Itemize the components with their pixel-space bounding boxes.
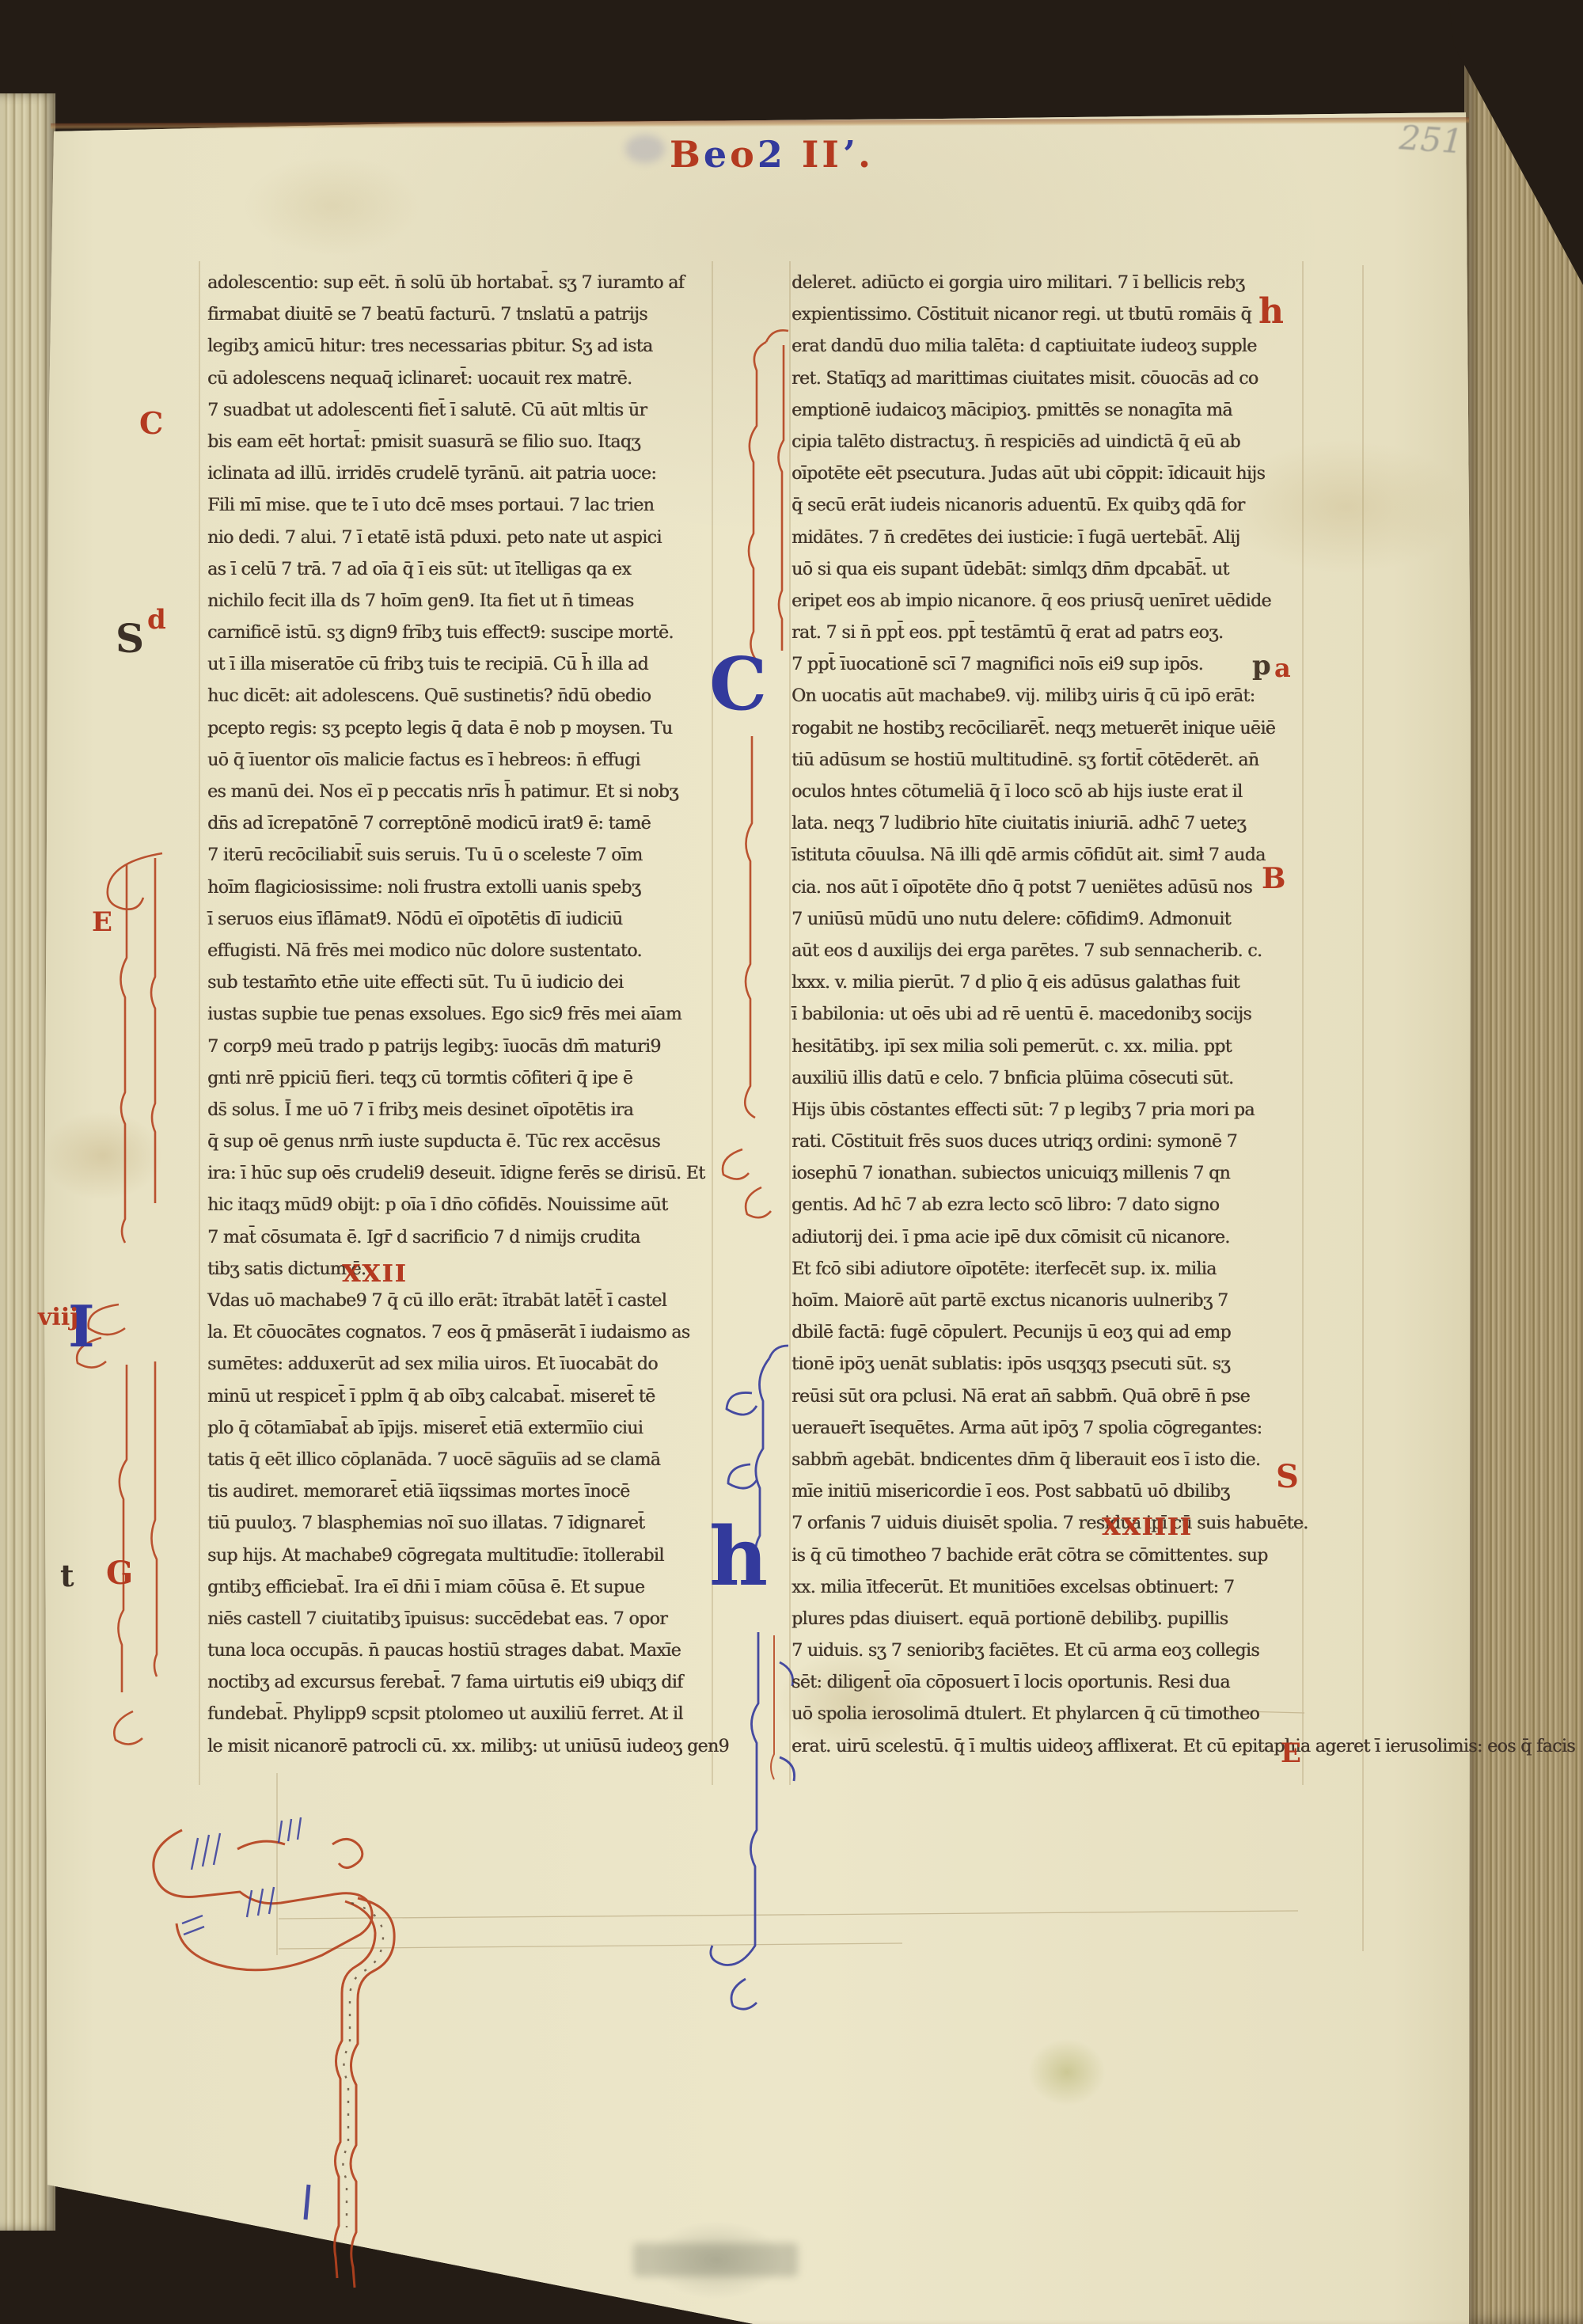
text-line: nichilo fecit illa ds 7 hoīm gen9. Ita … <box>207 586 718 617</box>
text-line: 7 suadbat ut adolescenti fiet̄ ī salute… <box>207 395 718 427</box>
marginal-letter-S: S <box>116 619 144 659</box>
text-line: uerauer̄t īsequētes. Arma aūt ipōʒ 7… <box>791 1413 1302 1445</box>
text-line: gntibʒ efficiebat̄. Ira eī dn̄i ī miam… <box>207 1572 718 1604</box>
text-line: sabbm̄ agebāt. bndicentes dn̄m q̄ liber… <box>791 1445 1302 1476</box>
text-line: plo q̄ cōtamīabat̄ ab īpijs. miseret̄… <box>207 1413 718 1445</box>
text-line: reūsi sūt ora pclusi. Nā erat an̄ sab… <box>791 1381 1302 1413</box>
text-line: uō si qua eis supant ūdebāt: simlqʒ d… <box>791 554 1302 586</box>
text-line: q̄ secū erāt iudeis nicanoris aduentū… <box>791 490 1302 522</box>
text-line: Et fcō sibi adiutore oīpotēte: iterfe… <box>791 1254 1302 1285</box>
text-line: le misit nicanorē patrocli cū. xx. mil… <box>207 1731 718 1763</box>
intercolumn-red-filigree <box>749 330 788 659</box>
text-line: minū ut respicet̄ ī pplm q̄ ab oībʒ c… <box>207 1381 718 1413</box>
text-line: oīpotēte eēt psecutura. Judas aūt ub… <box>791 458 1302 490</box>
text-line: adiutorij dei. ī pma acie ipē dux cōm… <box>791 1222 1302 1254</box>
text-line: Hijs ūbis cōstantes effecti sūt: 7 p … <box>791 1095 1302 1126</box>
text-line: ut ī illa miseratōe cū fribʒ tuis te … <box>207 649 718 681</box>
text-line: tibʒ satis dictum ē. <box>207 1254 718 1285</box>
text-line: effugisti. Nā frēs mei modico nūc dol… <box>207 936 718 967</box>
text-line: iustas supbie tue penas exsolues. Ego si… <box>207 999 718 1031</box>
text-line: Vdas uō machabe9 7 q̄ cū illo erāt: i… <box>207 1285 718 1317</box>
text-line: On uocatis aūt machabe9. vij. milibʒ ui… <box>791 681 1302 712</box>
text-line: pcepto regis: sʒ pcepto legis q̄ data ē… <box>207 713 718 745</box>
text-line: hic itaqʒ mūd9 obijt: p oīa ī dn̄o co… <box>207 1190 718 1221</box>
text-line: bis eam eēt hortat̄: pmisit suasurā se… <box>207 427 718 458</box>
text-line: cipia talēto distractuʒ. n̄ respiciēs … <box>791 427 1302 458</box>
marginal-letter-h: h <box>1258 294 1284 329</box>
text-line: rat. 7 si n̄ ppt̄ eos. ppt̄ testāmtū q… <box>791 617 1302 649</box>
marginal-letter-E: E <box>1281 1740 1301 1767</box>
text-line: oculos hntes cōtumeliā q̄ ī loco scō… <box>791 777 1302 808</box>
text-line: iosephū 7 ionathan. subiectos unicuiqʒ … <box>791 1158 1302 1190</box>
text-line: ī babilonia: ut oēs ubi ad rē uentū … <box>791 999 1302 1031</box>
marginal-letter-t: t <box>60 1561 74 1591</box>
text-line: la. Et cōuocātes cognatos. 7 eos q̄ pm… <box>207 1317 718 1349</box>
text-line: q̄ sup oē genus nrm̄ iuste supducta ē.… <box>207 1126 718 1158</box>
text-line: tuna loca occupās. n̄ paucas hostiū st… <box>207 1635 718 1667</box>
text-line: nio dedi. 7 alui. 7 ī etatē istā pdux… <box>207 522 718 554</box>
text-line: gnti nrē ppiciū fieri. teqʒ cū tormti… <box>207 1063 718 1095</box>
text-line: tiū puuloʒ. 7 blasphemias noī suo illa… <box>207 1508 718 1540</box>
decorated-initial-C: C <box>709 647 767 720</box>
text-line: rati. Cōstituit frēs suos duces utriqʒ… <box>791 1126 1302 1158</box>
text-line: dn̄s ad īcrepatōnē 7 correptōnē mod… <box>207 808 718 840</box>
text-line: legibʒ amicū hitur: tres necessarias pb… <box>207 331 718 363</box>
text-line: ds̄ solus. Ī me uō 7 ī fribʒ meis des… <box>207 1095 718 1126</box>
text-line: niēs castell 7 ciuitatibʒ īpuisus: suc… <box>207 1604 718 1635</box>
marginal-letter-viij: viij <box>38 1306 78 1330</box>
text-line: tionē ipōʒ uenāt sublatis: ipōs usqʒ… <box>791 1349 1302 1380</box>
chapter-number-xxii: XXII <box>342 1260 408 1288</box>
text-line: fundebat̄. Phylipp9 scpsit ptolomeo ut a… <box>207 1699 718 1730</box>
text-line: tis audiret. memoraret̄ etiā īiqssimas… <box>207 1476 718 1508</box>
text-line: uō spolia ierosolimā dtulert. Et phyla… <box>791 1699 1302 1730</box>
text-line: ira: ī hūc sup oēs crudeli9 deseuit. … <box>207 1158 718 1190</box>
text-line: erat. uirū scelestū. q̄ ī multis uide… <box>791 1731 1302 1763</box>
text-line: plures pdas diuisert. equā portionē de… <box>791 1604 1302 1635</box>
marginal-letter-E: E <box>92 909 112 936</box>
text-line: huc dicēt: ait adolescens. Quē sustine… <box>207 681 718 712</box>
grotesque-pen-drawing <box>154 1817 394 2288</box>
text-line: 7 mat̄ cōsumata ē. Igr̄ d sacrificio 7… <box>207 1222 718 1254</box>
text-line: cū adolescens nequaq̄ iclinaret̄: uocau… <box>207 363 718 395</box>
text-line: ret. Statīqʒ ad marittimas ciuitates mi… <box>791 363 1302 395</box>
text-line: hoīm flagiciosissime: noli frustra exto… <box>207 872 718 904</box>
marginal-letter-B: B <box>1262 864 1285 893</box>
text-line: rogabit ne hostibʒ recōciliarēt̄. neqʒ… <box>791 713 1302 745</box>
text-line: 7 uniūsū mūdū uno nutu delere: cōfi… <box>791 904 1302 936</box>
text-line: ī seruos eius īflāmat9. Nōdū eī oi… <box>207 904 718 936</box>
text-line: mīe initiū misericordie ī eos. Post s… <box>791 1476 1302 1508</box>
marginal-letter-S: S <box>1276 1461 1299 1493</box>
marginal-letter-a: a <box>1274 655 1291 681</box>
text-line: uō q̄ īuentor oīs malicie factus es i… <box>207 745 718 777</box>
faded-stamp <box>633 2243 798 2277</box>
text-line: eripet eos ab impio nicanore. q̄ eos pri… <box>791 586 1302 617</box>
text-line: lata. neqʒ 7 ludibrio hīte ciuitatis in… <box>791 808 1302 840</box>
text-line: Fili mī mise. que te ī uto dcē mses p… <box>207 490 718 522</box>
text-line: deleret. adiūcto ei gorgia uiro militar… <box>791 268 1302 299</box>
text-line: 7 iterū recōciliabit̄ suis seruis. Tu … <box>207 840 718 871</box>
text-line: iclinata ad illū. irridēs crudelē tyr… <box>207 458 718 490</box>
marginal-letter-C: C <box>139 408 163 439</box>
marginal-letter-G: G <box>106 1558 133 1589</box>
text-line: auxiliū illis datū e celo. 7 bnficia p… <box>791 1063 1302 1095</box>
text-line: 7 uiduis. sʒ 7 senioribʒ faciētes. Et c… <box>791 1635 1302 1667</box>
text-line: tatis q̄ eēt illico cōplanāda. 7 uoce… <box>207 1445 718 1476</box>
h-initial-tail-flourish <box>711 1632 795 2009</box>
text-line: erat dandū duo milia talēta: d captiui… <box>791 331 1302 363</box>
text-line: as ī celū 7 trā. 7 ad oīa q̄ ī eis … <box>207 554 718 586</box>
text-line: sumētes: adduxerūt ad sex milia uiros.… <box>207 1349 718 1380</box>
text-line: aūt eos d auxilijs dei erga parētes. 7… <box>791 936 1302 967</box>
text-line: īstituta cōuulsa. Nā illi qdē armis … <box>791 840 1302 871</box>
text-line: xx. milia ītfecerūt. Et munitiōes exc… <box>791 1572 1302 1604</box>
text-line: 7 ppt̄ īuocationē scī 7 magnifici noi… <box>791 649 1302 681</box>
text-line: gentis. Ad hc̄ 7 ab ezra lecto scō libr… <box>791 1190 1302 1221</box>
text-line: sup hijs. At machabe9 cōgregata multitu… <box>207 1540 718 1572</box>
text-column-right: deleret. adiūcto ei gorgia uiro militar… <box>791 268 1302 1763</box>
text-line: midātes. 7 n̄ credētes dei iusticie: i… <box>791 522 1302 554</box>
text-line: noctibʒ ad excursus ferebat̄. 7 fama uir… <box>207 1667 718 1699</box>
text-line: lxxx. v. milia pierūt. 7 d plio q̄ eis … <box>791 967 1302 999</box>
text-line: cia. nos aūt ī oīpotēte dn̄o q̄ pots… <box>791 872 1302 904</box>
marginal-letter-p: p <box>1252 652 1271 679</box>
text-line: tiū adūsum se hostiū multitudinē. sʒ… <box>791 745 1302 777</box>
decorated-initial-h: h <box>709 1517 768 1597</box>
text-column-left: adolescentio: sup eēt. n̄ solū ūb hor… <box>207 268 718 1763</box>
c-initial-tail-flourish <box>723 736 771 1217</box>
text-line: is q̄ cū timotheo 7 bachide erāt cōtr… <box>791 1540 1302 1572</box>
text-line: hoīm. Maiorē aūt partē exctus nicano… <box>791 1285 1302 1317</box>
text-line: emptionē iudaicoʒ mācipioʒ. pmittēs s… <box>791 395 1302 427</box>
text-line: sēt: diligent̄ oīa cōposuert ī locis… <box>791 1667 1302 1699</box>
text-line: dbilē factā: fugē cōpulert. Pecunijs… <box>791 1317 1302 1349</box>
chapter-number-xxiiii: XXIIII <box>1102 1513 1193 1541</box>
text-line: es manū dei. Nos eī p peccatis nrīs h… <box>207 777 718 808</box>
h-initial-red-companion <box>771 1635 774 1779</box>
marginal-letter-d: d <box>147 606 166 633</box>
text-line: 7 corp9 meū trado p patrijs legibʒ: īu… <box>207 1031 718 1063</box>
text-line: 7 orfanis 7 uiduis diuisēt spolia. 7 re… <box>791 1508 1302 1540</box>
text-line: firmabat diuitē se 7 beatū facturū. 7… <box>207 299 718 331</box>
text-line: carnificē istū. sʒ dign9 frībʒ tuis e… <box>207 617 718 649</box>
text-line: expientissimo. Cōstituit nicanor regi. … <box>791 299 1302 331</box>
text-line: sub testam̄to etn̄e uite effecti sūt. T… <box>207 967 718 999</box>
text-line: adolescentio: sup eēt. n̄ solū ūb hor… <box>207 268 718 299</box>
text-line: hesitātibʒ. ipī sex milia soli pemerū… <box>791 1031 1302 1063</box>
